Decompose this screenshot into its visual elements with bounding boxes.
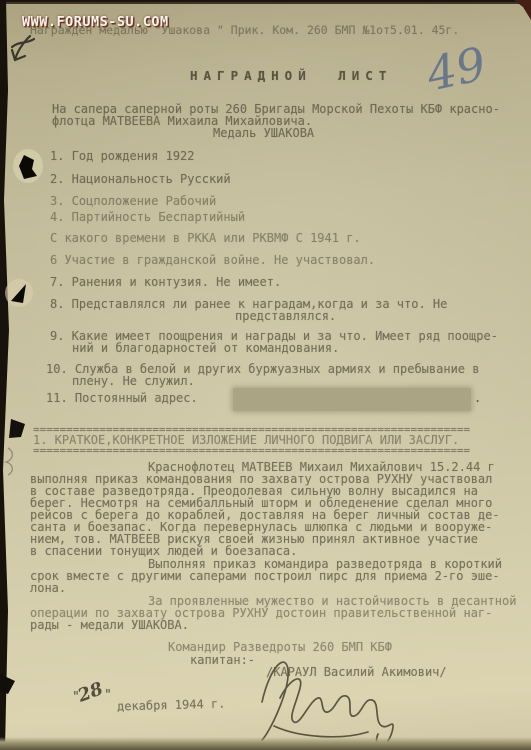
award-order-note: Награжден медалью "Ушакова " Прик. Ком. … xyxy=(30,24,459,36)
punch-hole xyxy=(9,419,25,438)
field-address: 11. Постоянный адрес. xyxy=(46,392,198,404)
page-top-edge xyxy=(0,0,531,4)
field-social-position: 3. Соцположение Рабочий xyxy=(50,195,216,207)
corner-tear xyxy=(514,0,531,20)
field-commendations-cont: ний и благодарностей от командования. xyxy=(72,342,339,354)
punch-hole xyxy=(11,284,26,303)
field-civil-war: 6 Участие в гражданской войне. Не участв… xyxy=(50,254,375,266)
page-bottom-edge xyxy=(0,737,531,750)
section-rule-bottom: ========================================… xyxy=(33,445,470,457)
pencil-scribble xyxy=(6,448,12,475)
commander-name-line: /КАРАУЛ Василий Акимович/ xyxy=(266,666,447,678)
pencil-arrow-mark xyxy=(12,36,34,60)
citation-line: рады - медали УШАКОВА. xyxy=(30,619,189,631)
edge-tear xyxy=(0,674,15,694)
page-top-edge-dark xyxy=(0,0,531,2)
medal-name-line: Медаль УШАКОВА xyxy=(213,127,314,139)
handwritten-page-number: 49 xyxy=(422,37,490,102)
date-close-quote: " xyxy=(104,690,112,702)
hole-halo xyxy=(13,149,43,183)
citation-line: в спасении тонущих людей и боезапаса. xyxy=(30,545,297,557)
scanned-document: WWW.FORUMS-SU.COM 49 Награжден медалью "… xyxy=(0,0,531,750)
citation-line: срок вместе с другими саперами построил … xyxy=(30,570,500,582)
commander-rank-line: капитан:- xyxy=(190,654,255,666)
field-nationality: 2. Национальность Русский xyxy=(50,173,231,185)
redacted-address-block xyxy=(233,388,471,411)
field-wounds: 7. Ранения и контузия. Не имеет. xyxy=(50,276,281,288)
field-service-since: С какого времени в РККА или РКВМФ С 1941… xyxy=(50,232,361,244)
document-title: НАГРАДНОЙ ЛИСТ xyxy=(190,70,392,82)
address-period: . xyxy=(474,392,481,404)
citation-line: лона. xyxy=(30,582,66,594)
field-birth-year: 1. Год рождения 1922 xyxy=(50,150,195,162)
date-text: декабря 1944 г. xyxy=(117,698,226,713)
page-left-edge xyxy=(0,0,9,750)
field-party-status: 4. Партийность Беспартийный xyxy=(50,211,245,223)
hole-halo xyxy=(5,279,33,307)
punch-hole xyxy=(19,155,37,179)
field-prior-awards-cont: представлялся. xyxy=(235,310,336,322)
field-foreign-service-cont: плену. Не служил. xyxy=(72,375,195,387)
commander-title-line: Командир Разведроты 260 БМП КБФ xyxy=(168,641,392,653)
handwritten-signature xyxy=(240,640,400,750)
